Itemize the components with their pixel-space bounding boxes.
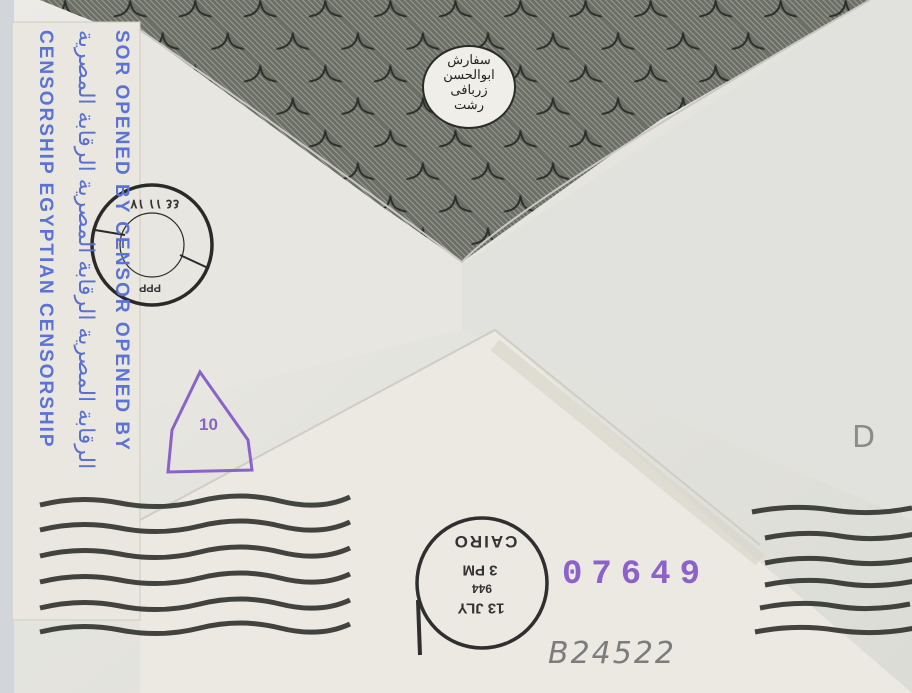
sender-seal-line-2: ابوالحسن زربافی [424, 69, 514, 99]
censor-tape-arabic-line: الرقابة المصرية الرقابة المصرية الرقابة … [73, 30, 98, 469]
arabic-postmark-bottom: PPP [120, 280, 180, 294]
cairo-postmark-time: 3 PM [450, 560, 510, 580]
sender-seal-line-3: رشت [424, 99, 514, 114]
pencil-note: B24522 [548, 636, 676, 671]
arabic-postmark-top: ١٧ ١١ ٤٤ [120, 195, 190, 212]
cairo-postmark-city: CAIRO [445, 530, 525, 552]
envelope-back: SOR OPENED BY CENSOR OPENED BY CENSORSHI… [0, 0, 912, 693]
censor-number: 07649 [562, 556, 709, 594]
censor-tape-english-line-2: CENSORSHIP EGYPTIAN CENSORSHIP [34, 30, 56, 449]
pencil-letter: D [852, 420, 875, 455]
triangle-number: 10 [199, 415, 218, 435]
sender-seal-text: سفارش ابوالحسن زربافی رشت [424, 54, 514, 114]
cairo-postmark-year: 944 [452, 580, 512, 596]
censor-tape-english-line-1: SOR OPENED BY CENSOR OPENED BY [110, 30, 132, 452]
cairo-postmark-date: 13 JLY [445, 598, 517, 618]
sender-seal-line-1: سفارش [424, 54, 514, 69]
